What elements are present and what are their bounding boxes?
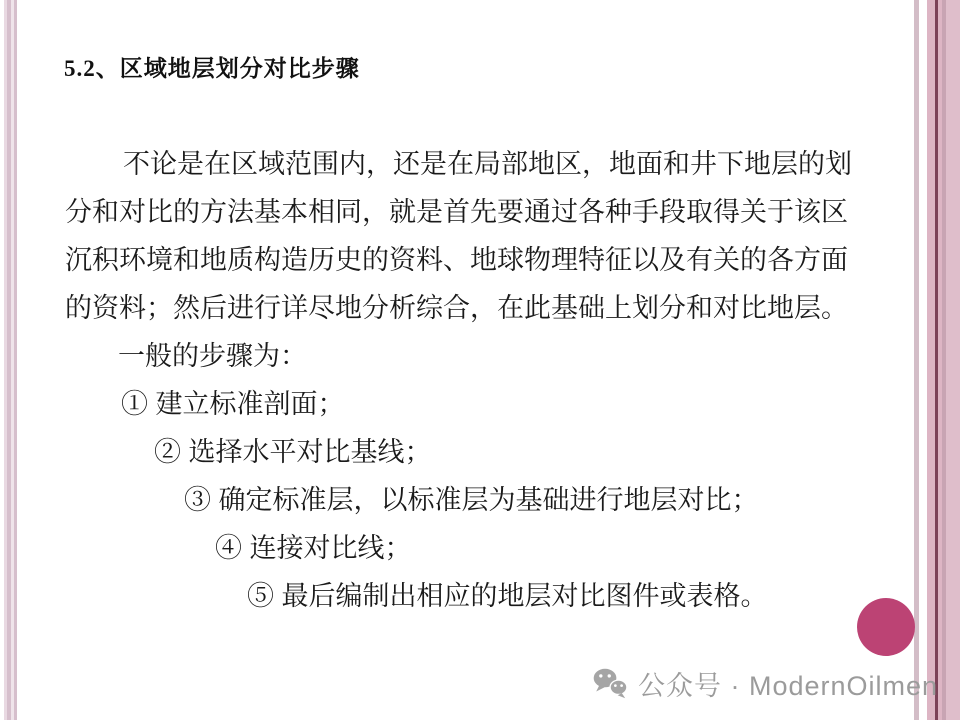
paragraph-line: 不论是在区域范围内，还是在局部地区，地面和井下地层的划	[65, 140, 885, 188]
slide-title: 5.2、区域地层划分对比步骤	[64, 50, 360, 83]
watermark-text: 公众号 · ModernOilmen	[638, 664, 938, 703]
right-border-stripe	[914, 0, 960, 720]
accent-circle	[857, 598, 915, 656]
step-item-4: ④ 连接对比线；	[65, 524, 885, 572]
watermark: 公众号 · ModernOilmen	[592, 664, 938, 703]
paragraph-line: 分和对比的方法基本相同，就是首先要通过各种手段取得关于该区	[65, 188, 885, 236]
paragraph-line: 沉积环境和地质构造历史的资料、地球物理特征以及有关的各方面	[65, 236, 885, 284]
slide-body: 不论是在区域范围内，还是在局部地区，地面和井下地层的划 分和对比的方法基本相同，…	[65, 140, 885, 620]
step-item-1: ① 建立标准剖面；	[65, 380, 885, 428]
wechat-icon	[592, 667, 629, 700]
step-item-3: ③ 确定标准层，以标准层为基础进行地层对比；	[65, 476, 885, 524]
steps-intro: 一般的步骤为：	[65, 332, 885, 380]
paragraph-line: 的资料；然后进行详尽地分析综合，在此基础上划分和对比地层。	[65, 284, 885, 332]
presentation-slide: 5.2、区域地层划分对比步骤 不论是在区域范围内，还是在局部地区，地面和井下地层…	[0, 0, 960, 720]
step-item-2: ② 选择水平对比基线；	[65, 428, 885, 476]
left-border-stripe	[4, 0, 17, 720]
step-item-5: ⑤ 最后编制出相应的地层对比图件或表格。	[65, 572, 885, 620]
